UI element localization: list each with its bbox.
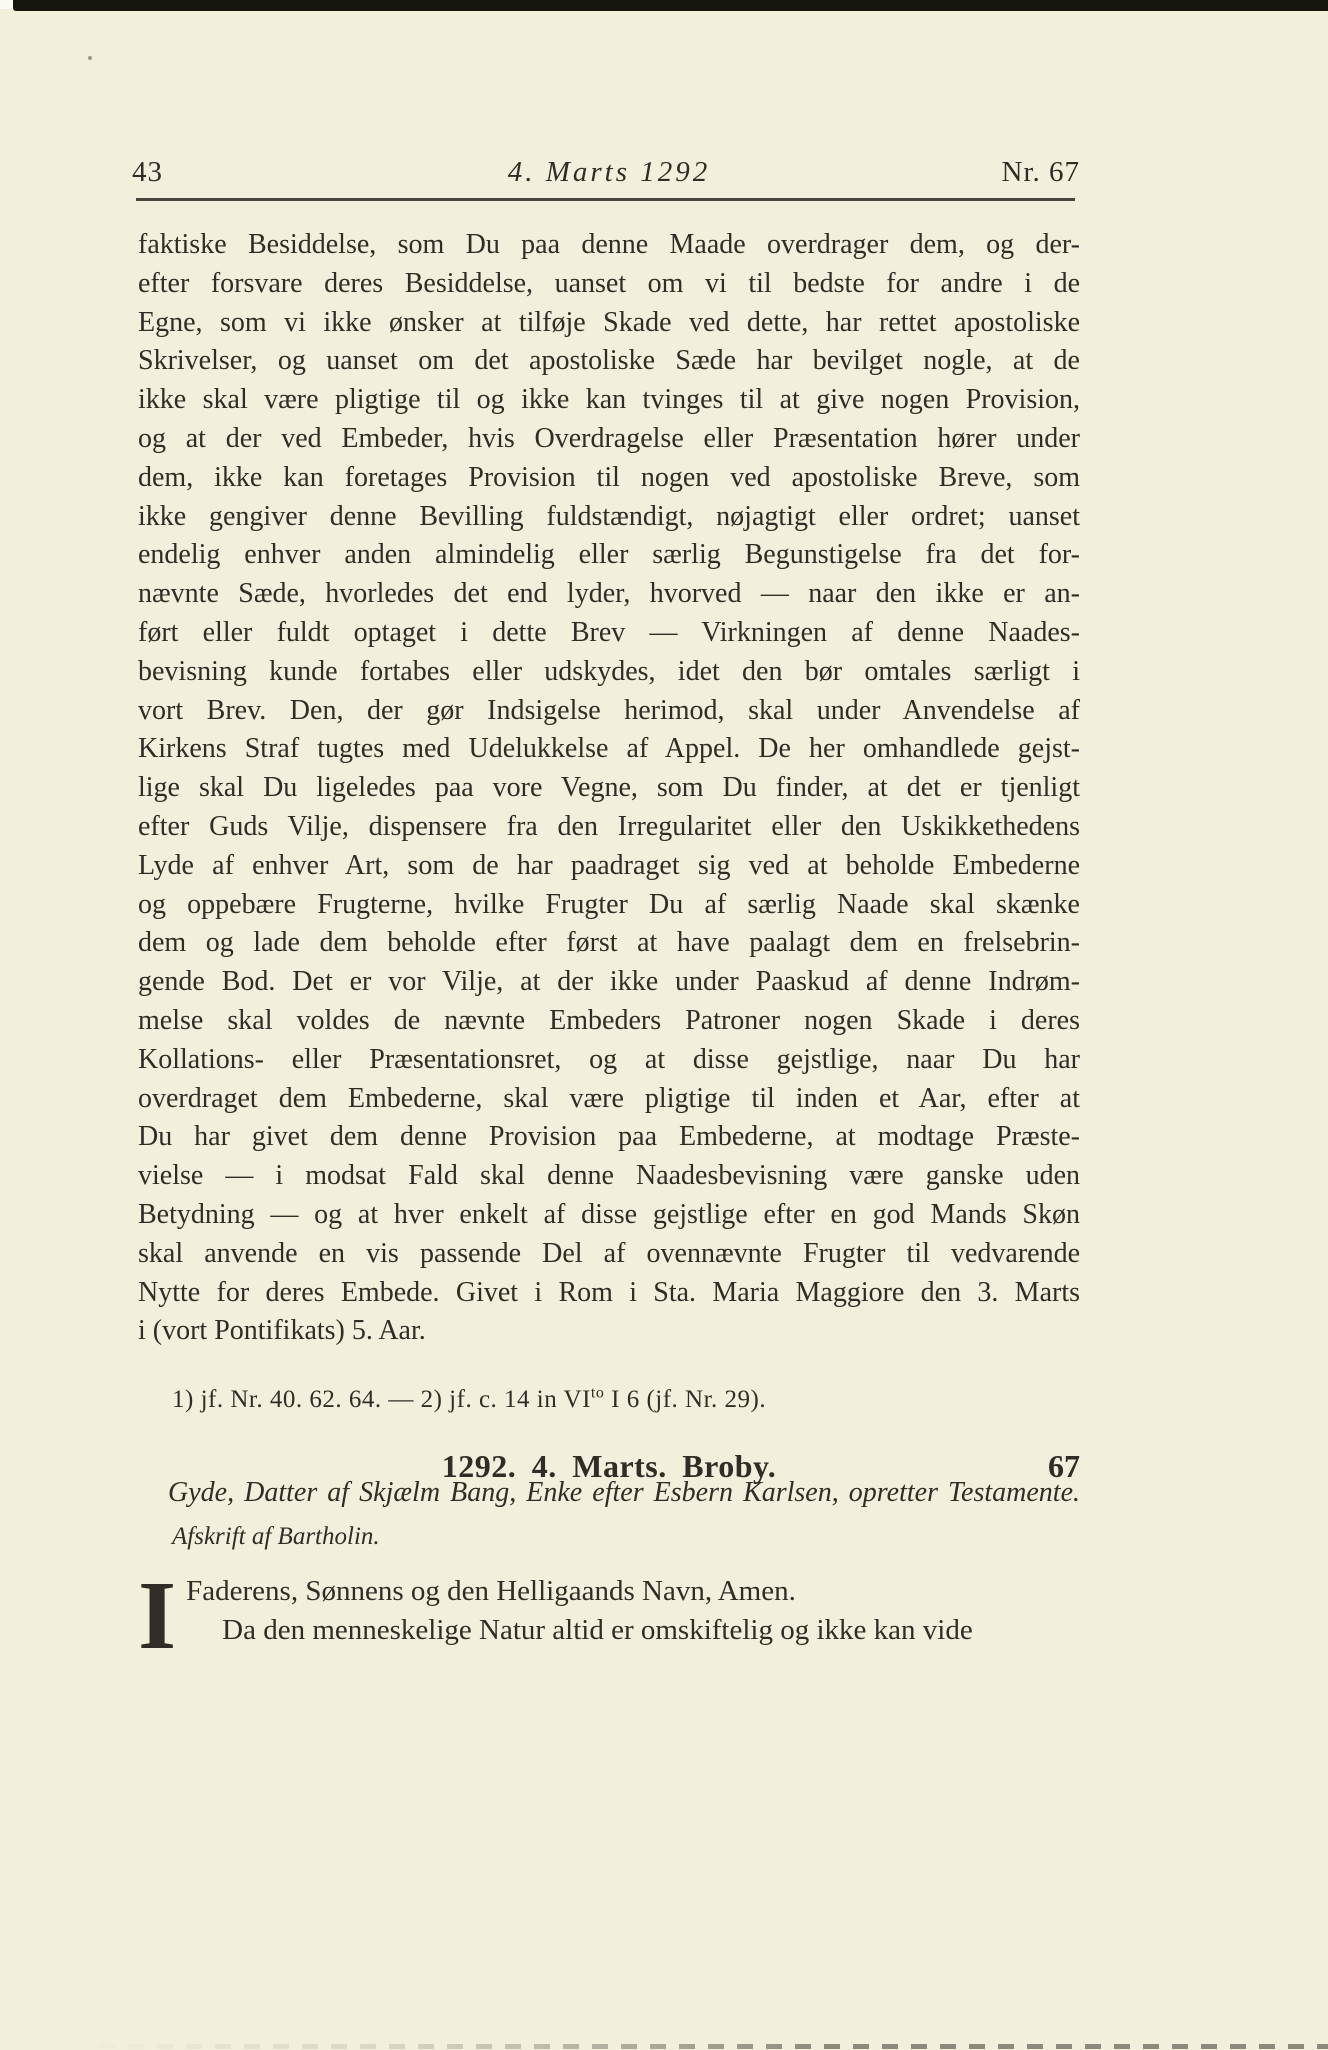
scan-speck xyxy=(88,56,92,60)
footnote: 1) jf. Nr. 40. 62. 64. — 2) jf. c. 14 in… xyxy=(138,1384,1080,1416)
body-line: overdraget dem Embederne, skal være plig… xyxy=(138,1080,1080,1119)
body-line: faktiske Besiddelse, som Du paa denne Ma… xyxy=(138,226,1080,265)
footnote-superscript: to xyxy=(591,1385,604,1402)
body-line: nævnte Sæde, hvorledes det end lyder, hv… xyxy=(138,575,1080,614)
source-note: Afskrift af Bartholin. xyxy=(138,1521,1080,1553)
body-line: bevisning kunde fortabes eller udskydes,… xyxy=(138,653,1080,692)
drop-cap: I xyxy=(138,1576,176,1656)
body-line: ikke skal være pligtige til og ikke kan … xyxy=(138,381,1080,420)
body-line: vort Brev. Den, der gør Indsigelse herim… xyxy=(138,692,1080,731)
body-text: faktiske Besiddelse, som Du paa denne Ma… xyxy=(138,226,1080,1351)
running-title: 4. Marts 1292 xyxy=(138,156,1080,189)
body-line: ikke gengiver denne Bevilling fuldstændi… xyxy=(138,498,1080,537)
opening-paragraph: I Faderens, Sønnens og den Helligaands N… xyxy=(138,1572,1080,1656)
body-line: og oppebære Frugterne, hvilke Frugter Du… xyxy=(138,886,1080,925)
header-rule xyxy=(136,198,1075,201)
body-line: skal anvende en vis passende Del af oven… xyxy=(138,1235,1080,1274)
body-line: Kollations- eller Præsentationsret, og a… xyxy=(138,1041,1080,1080)
body-line: Egne, som vi ikke ønsker at tilføje Skad… xyxy=(138,304,1080,343)
body-line: og at der ved Embeder, hvis Overdragelse… xyxy=(138,420,1080,459)
body-line: Du har givet dem denne Provision paa Emb… xyxy=(138,1118,1080,1157)
footnote-text: 1) jf. Nr. 40. 62. 64. — 2) jf. c. 14 in… xyxy=(172,1386,591,1413)
opening-line-1: Faderens, Sønnens og den Helligaands Nav… xyxy=(138,1572,1080,1611)
body-line: Nytte for deres Embede. Givet i Rom i St… xyxy=(138,1274,1080,1313)
body-line: Kirkens Straf tugtes med Udelukkelse af … xyxy=(138,730,1080,769)
opening-line-2: Da den menneskelige Natur altid er omski… xyxy=(138,1611,1080,1650)
scanned-page: 43 4. Marts 1292 Nr. 67 faktiske Besidde… xyxy=(0,0,1328,2050)
body-line: dem, ikke kan foretages Provision til no… xyxy=(138,459,1080,498)
body-line: Betydning — og at hver enkelt af disse g… xyxy=(138,1196,1080,1235)
page-header: 43 4. Marts 1292 Nr. 67 xyxy=(138,156,1080,196)
body-line: gende Bod. Det er vor Vilje, at der ikke… xyxy=(138,963,1080,1002)
body-line: efter Guds Vilje, dispensere fra den Irr… xyxy=(138,808,1080,847)
body-line: i (vort Pontifikats) 5. Aar. xyxy=(138,1312,1080,1351)
scan-corner-gap xyxy=(0,0,13,9)
footnote-text-2: I 6 (jf. Nr. 29). xyxy=(604,1386,766,1413)
body-line: lige skal Du ligeledes paa vore Vegne, s… xyxy=(138,769,1080,808)
body-line: dem og lade dem beholde efter først at h… xyxy=(138,924,1080,963)
body-line: efter forsvare deres Besiddelse, uanset … xyxy=(138,265,1080,304)
scan-bottom-edge xyxy=(70,2044,1328,2049)
body-line: Lyde af enhver Art, som de har paadraget… xyxy=(138,847,1080,886)
text-column: 43 4. Marts 1292 Nr. 67 faktiske Besidde… xyxy=(138,0,1080,2050)
body-line: melse skal voldes de nævnte Embeders Pat… xyxy=(138,1002,1080,1041)
document-number: Nr. 67 xyxy=(1002,156,1081,189)
body-line: endelig enhver anden almindelig eller sæ… xyxy=(138,536,1080,575)
summary-line: Gyde, Datter af Skjælm Bang, Enke efter … xyxy=(138,1474,1080,1512)
body-line: Skrivelser, og uanset om det apostoliske… xyxy=(138,342,1080,381)
body-line: vielse — i modsat Fald skal denne Naades… xyxy=(138,1157,1080,1196)
body-line: ført eller fuldt optaget i dette Brev — … xyxy=(138,614,1080,653)
